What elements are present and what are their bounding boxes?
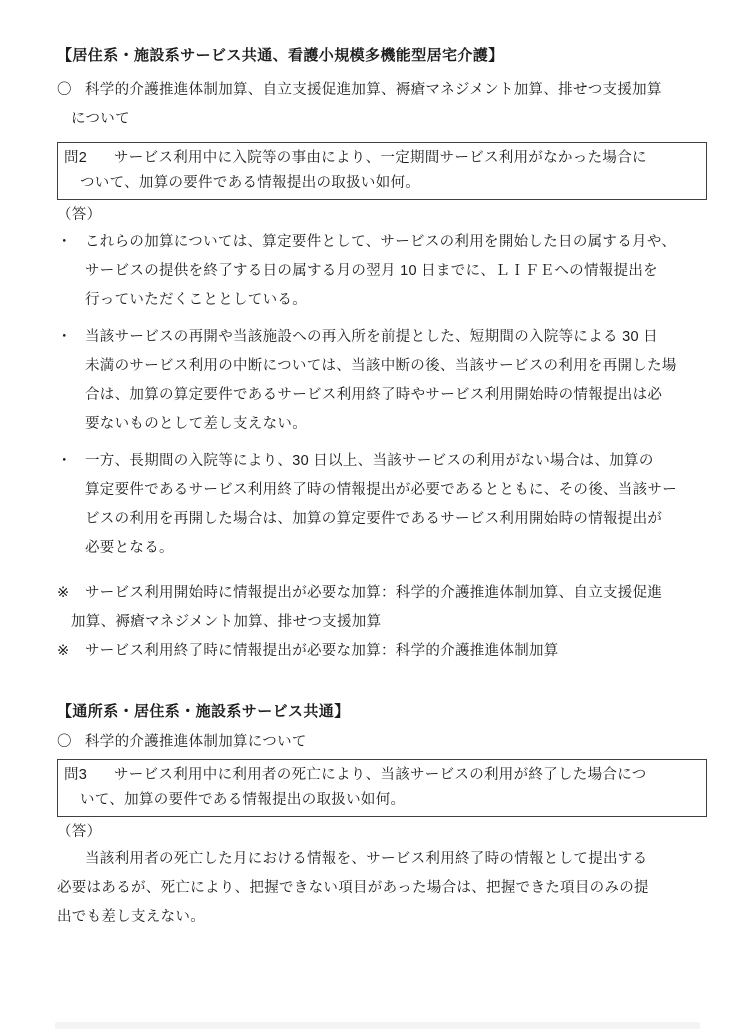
topic-text: 科学的介護推進体制加算について <box>85 728 307 757</box>
bullet-text: これらの加算については、算定要件として、サービスの利用を開始した日の属する月や、 <box>85 228 676 257</box>
section-residential-facility-services: 【居住系・施設系サービス共通、看護小規模多機能型居宅介護】 〇 科学的介護推進体… <box>57 44 707 666</box>
answer-label: （答） <box>57 202 707 228</box>
bullet-text-line: 要ないものとして差し支えない。 <box>57 410 707 439</box>
note-item: ※ サービス利用開始時に情報提出が必要な加算：科学的介護推進体制加算、自立支援促… <box>57 579 707 637</box>
question-box-q2: 問2 サービス利用中に入院等の事由により、一定期間サービス利用がなかった場合に … <box>57 142 707 200</box>
bullet-item: ・ 当該サービスの再開や当該施設への再入所を前提とした、短期間の入院等による 3… <box>57 323 707 439</box>
answer-bullets: ・ これらの加算については、算定要件として、サービスの利用を開始した日の属する月… <box>57 228 707 563</box>
topic-statement: 〇 科学的介護推進体制加算、自立支援促進加算、褥瘡マネジメント加算、排せつ支援加… <box>57 76 707 134</box>
note-item: ※ サービス利用終了時に情報提出が必要な加算：科学的介護推進体制加算 <box>57 637 707 666</box>
bullet-marker: ・ <box>57 228 85 257</box>
question-text: サービス利用中に入院等の事由により、一定期間サービス利用がなかった場合に <box>114 146 647 171</box>
bullet-text-line: 必要となる。 <box>57 534 707 563</box>
question-text-continuation: いて、加算の要件である情報提出の取扱い如何。 <box>64 788 698 813</box>
note-text: サービス利用開始時に情報提出が必要な加算：科学的介護推進体制加算、自立支援促進 <box>85 579 662 608</box>
note-marker: ※ <box>57 637 85 666</box>
topic-text: 科学的介護推進体制加算、自立支援促進加算、褥瘡マネジメント加算、排せつ支援加算 <box>85 76 662 105</box>
answer-label: （答） <box>57 819 707 845</box>
section-daycare-residential-facility-services: 【通所系・居住系・施設系サービス共通】 〇 科学的介護推進体制加算について 問3… <box>57 700 707 932</box>
note-text-continuation: 加算、褥瘡マネジメント加算、排せつ支援加算 <box>57 608 707 637</box>
bullet-marker: ・ <box>57 447 85 476</box>
question-text: サービス利用中に利用者の死亡により、当該サービスの利用が終了した場合につ <box>114 763 647 788</box>
question-number: 問3 <box>64 763 114 788</box>
question-box-q3: 問3 サービス利用中に利用者の死亡により、当該サービスの利用が終了した場合につ … <box>57 759 707 817</box>
bullet-text-line: ビスの利用を再開した場合は、加算の算定要件であるサービス利用開始時の情報提出が <box>57 505 707 534</box>
topic-text-continuation: について <box>57 105 707 134</box>
bullet-item: ・ 一方、長期間の入院等により、30 日以上、当該サービスの利用がない場合は、加… <box>57 447 707 563</box>
bullet-text: 一方、長期間の入院等により、30 日以上、当該サービスの利用がない場合は、加算の <box>85 447 654 476</box>
document-page: 【居住系・施設系サービス共通、看護小規模多機能型居宅介護】 〇 科学的介護推進体… <box>57 44 707 932</box>
bullet-text-line: 行っていただくこととしている。 <box>57 286 707 315</box>
section-heading: 【通所系・居住系・施設系サービス共通】 <box>57 700 707 724</box>
circle-marker: 〇 <box>57 76 85 105</box>
answer-text-line: 出でも差し支えない。 <box>57 903 707 932</box>
topic-statement: 〇 科学的介護推進体制加算について <box>57 728 707 757</box>
footnotes: ※ サービス利用開始時に情報提出が必要な加算：科学的介護推進体制加算、自立支援促… <box>57 579 707 666</box>
answer-paragraph: 当該利用者の死亡した月における情報を、サービス利用終了時の情報として提出する 必… <box>57 845 707 932</box>
note-text: サービス利用終了時に情報提出が必要な加算：科学的介護推進体制加算 <box>85 637 559 666</box>
question-text-continuation: ついて、加算の要件である情報提出の取扱い如何。 <box>64 171 698 196</box>
bullet-marker: ・ <box>57 323 85 352</box>
bullet-text-line: サービスの提供を終了する日の属する月の翌月 10 日までに、ＬＩＦＥへの情報提出… <box>57 257 707 286</box>
answer-text-line: 必要はあるが、死亡により、把握できない項目があった場合は、把握できた項目のみの提 <box>57 874 707 903</box>
bullet-text-line: 合は、加算の算定要件であるサービス利用終了時やサービス利用開始時の情報提出は必 <box>57 381 707 410</box>
answer-text-line: 当該利用者の死亡した月における情報を、サービス利用終了時の情報として提出する <box>57 845 707 874</box>
bullet-text-line: 未満のサービス利用の中断については、当該中断の後、当該サービスの利用を再開した場 <box>57 352 707 381</box>
page-edge-shadow <box>55 1022 700 1029</box>
section-heading: 【居住系・施設系サービス共通、看護小規模多機能型居宅介護】 <box>57 44 707 68</box>
bullet-text: 当該サービスの再開や当該施設への再入所を前提とした、短期間の入院等による 30 … <box>85 323 658 352</box>
question-number: 問2 <box>64 146 114 171</box>
bullet-text-line: 算定要件であるサービス利用終了時の情報提出が必要であるとともに、その後、当該サー <box>57 476 707 505</box>
note-marker: ※ <box>57 579 85 608</box>
bullet-item: ・ これらの加算については、算定要件として、サービスの利用を開始した日の属する月… <box>57 228 707 315</box>
circle-marker: 〇 <box>57 728 85 757</box>
